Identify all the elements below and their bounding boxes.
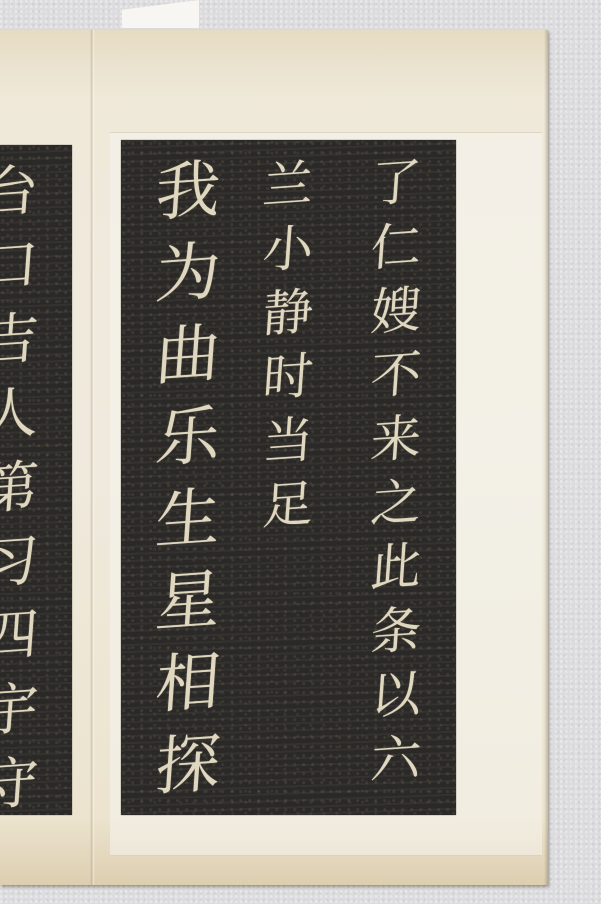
- glyph: 不: [369, 348, 423, 401]
- page-fold: [90, 30, 95, 885]
- glyph: 仁: [369, 220, 423, 273]
- paper-tab: [122, 0, 199, 28]
- glyph: 生: [154, 486, 223, 554]
- glyph: 当: [261, 414, 315, 467]
- glyph: 之: [369, 476, 423, 529]
- glyph: 乐: [154, 404, 223, 472]
- rubbing-panel-left: 台 口 吉 人 第 习 四 宇 守: [0, 145, 72, 815]
- glyph: 来: [369, 412, 423, 465]
- glyph: 吉: [0, 311, 40, 371]
- glyph: 探: [154, 732, 223, 800]
- glyph: 了: [369, 156, 423, 209]
- glyph: 六: [369, 732, 423, 785]
- glyph: 四: [0, 607, 40, 667]
- rubbing-panel-right: 了 仁 嫂 不 来 之 此 条 以 六 兰 小 静 时 当 足 我 为 曲 乐 …: [121, 140, 456, 815]
- glyph: 守: [0, 755, 40, 815]
- glyph: 台: [0, 163, 40, 223]
- calligraphy-column-1: 了 仁 嫂 不 来 之 此 条 以 六: [371, 158, 421, 798]
- calligraphy-column-2: 兰 小 静 时 当 足: [263, 160, 313, 544]
- glyph: 时: [261, 350, 315, 403]
- calligraphy-column-3: 我 为 曲 乐 生 星 相 探: [156, 160, 220, 816]
- glyph: 人: [0, 385, 40, 445]
- glyph: 星: [154, 568, 223, 636]
- glyph: 曲: [154, 322, 223, 390]
- calligraphy-column-left: 台 口 吉 人 第 习 四 宇 守: [0, 165, 38, 831]
- page-edge: [544, 30, 548, 885]
- glyph: 兰: [261, 158, 315, 211]
- glyph: 小: [261, 222, 315, 275]
- glyph: 口: [0, 237, 40, 297]
- glyph: 我: [154, 158, 223, 226]
- glyph: 为: [154, 240, 223, 308]
- glyph: 习: [0, 533, 40, 593]
- glyph: 条: [369, 604, 423, 657]
- glyph: 相: [154, 650, 223, 718]
- glyph: 宇: [0, 681, 40, 741]
- glyph: 足: [261, 478, 315, 531]
- glyph: 静: [261, 286, 315, 339]
- glyph: 此: [369, 540, 423, 593]
- glyph: 嫂: [369, 284, 423, 337]
- glyph: 第: [0, 459, 40, 519]
- glyph: 以: [369, 668, 423, 721]
